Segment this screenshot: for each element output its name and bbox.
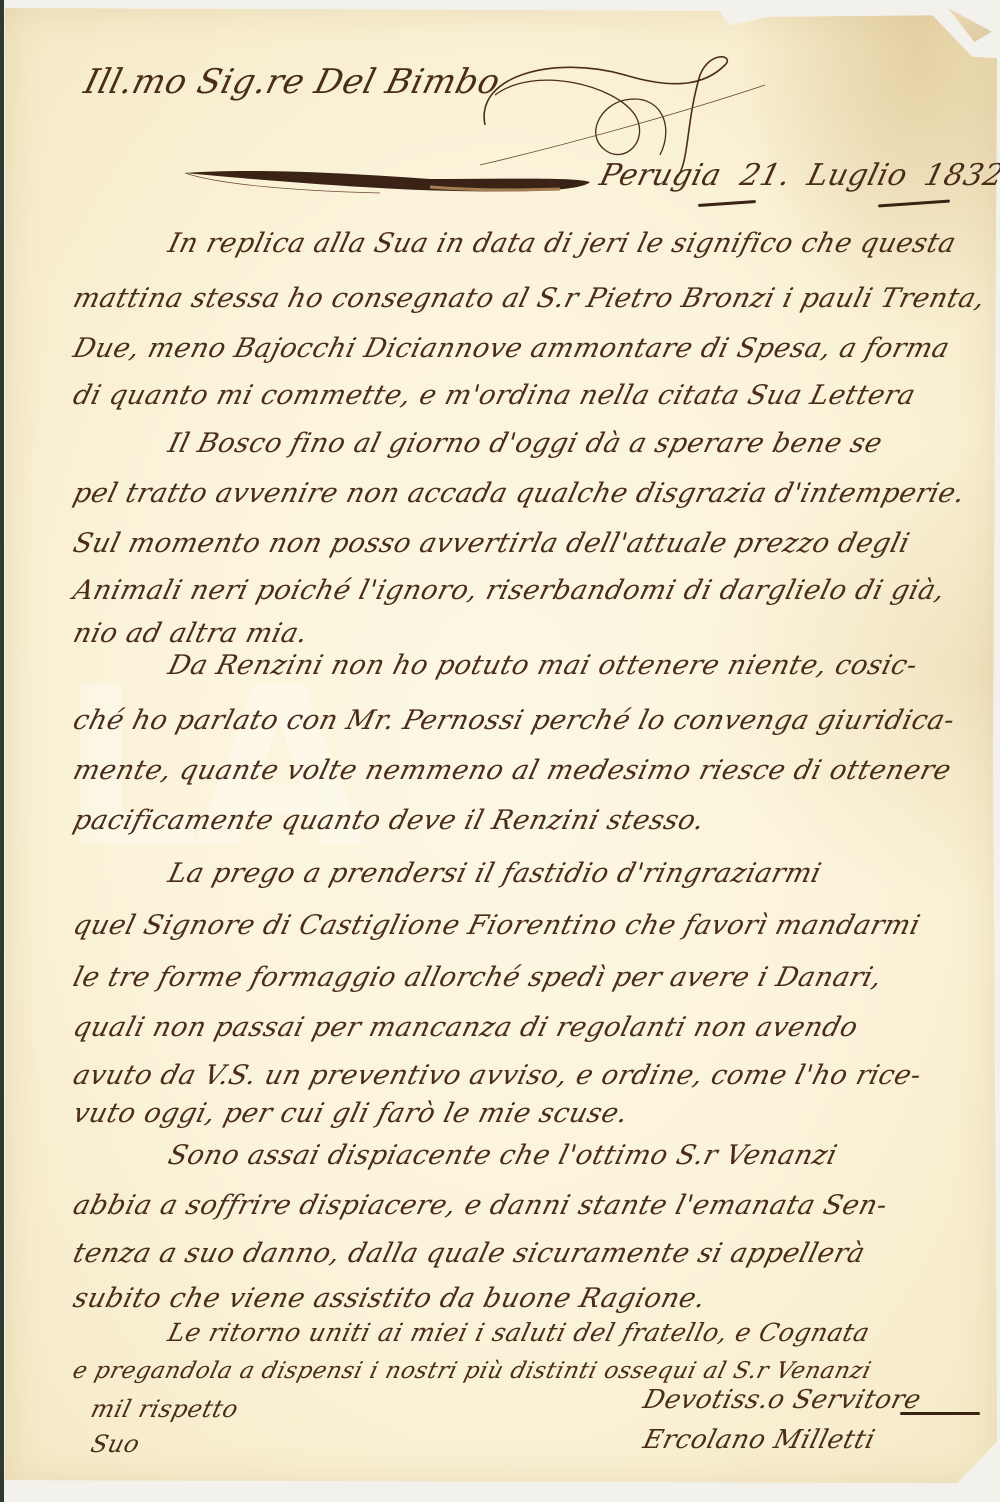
- signature-title: Devotiss.o Servitore: [640, 1385, 924, 1415]
- body-line: pacificamente quanto deve il Renzini ste…: [70, 805, 708, 836]
- ink-flourish-stroke: [180, 165, 595, 195]
- body-line: di quanto mi commette, e m'ordina nella …: [70, 380, 919, 411]
- body-line: Animali neri poiché l'ignoro, riserbando…: [70, 575, 948, 606]
- date-day: 21.: [737, 158, 795, 193]
- body-line: tenza a suo danno, dalla quale sicuramen…: [70, 1238, 868, 1269]
- body-line: vuto oggi, per cui gli farò le mie scuse…: [70, 1098, 631, 1129]
- body-line: quel Signore di Castiglione Fiorentino c…: [70, 910, 924, 941]
- body-line: Le ritorno uniti ai miei i saluti del fr…: [165, 1318, 873, 1347]
- salutation: Ill.mo Sig.re Del Bimbo: [80, 62, 504, 102]
- scanned-letter: LA Ill.mo Sig.re Del Bimbo Perugia 21. L…: [0, 0, 1000, 1502]
- body-line: Sul momento non posso avvertirla dell'at…: [70, 528, 913, 559]
- body-line: mente, quante volte nemmeno al medesimo …: [70, 755, 954, 786]
- body-line: pel tratto avvenire non accada qualche d…: [70, 478, 968, 509]
- body-line: La prego a prendersi il fastidio d'ringr…: [165, 858, 825, 889]
- body-line: nio ad altra mia.: [70, 618, 311, 649]
- body-line: mattina stessa ho consegnato al S.r Piet…: [70, 283, 988, 314]
- date-month: Luglio: [804, 158, 911, 193]
- place-and-date: Perugia 21. Luglio 1832: [596, 158, 1000, 193]
- body-line: ché ho parlato con Mr. Pernossi perché l…: [70, 705, 958, 736]
- closing-respect: mil rispetto: [88, 1395, 241, 1423]
- body-line: Sono assai dispiacente che l'ottimo S.r …: [165, 1140, 841, 1171]
- body-line: Due, meno Bajocchi Diciannove ammontare …: [70, 333, 953, 364]
- place: Perugia: [596, 158, 725, 193]
- scanner-edge: [0, 0, 4, 1502]
- body-line: In replica alla Sua in data di jeri le s…: [165, 228, 959, 259]
- body-line: quali non passai per mancanza di regolan…: [70, 1012, 861, 1043]
- body-line: e pregandola a dispensi i nostri più dis…: [70, 1358, 874, 1384]
- body-line: abbia a soffrire dispiacere, e danni sta…: [70, 1190, 891, 1221]
- torn-corner: [948, 8, 992, 42]
- body-line: subito che viene assistito da buone Ragi…: [70, 1283, 709, 1314]
- date-year: 1832: [921, 158, 1000, 193]
- signature-name: Ercolano Milletti: [640, 1425, 878, 1455]
- body-line: avuto da V.S. un preventivo avviso, e or…: [70, 1060, 925, 1091]
- body-line: Da Renzini non ho potuto mai ottenere ni…: [165, 650, 921, 681]
- closing-suo: Suo: [88, 1430, 143, 1458]
- signature-underline: [900, 1412, 980, 1415]
- body-line: Il Bosco fino al giorno d'oggi dà a sper…: [165, 428, 886, 459]
- body-line: le tre forme formaggio allorché spedì pe…: [70, 962, 885, 993]
